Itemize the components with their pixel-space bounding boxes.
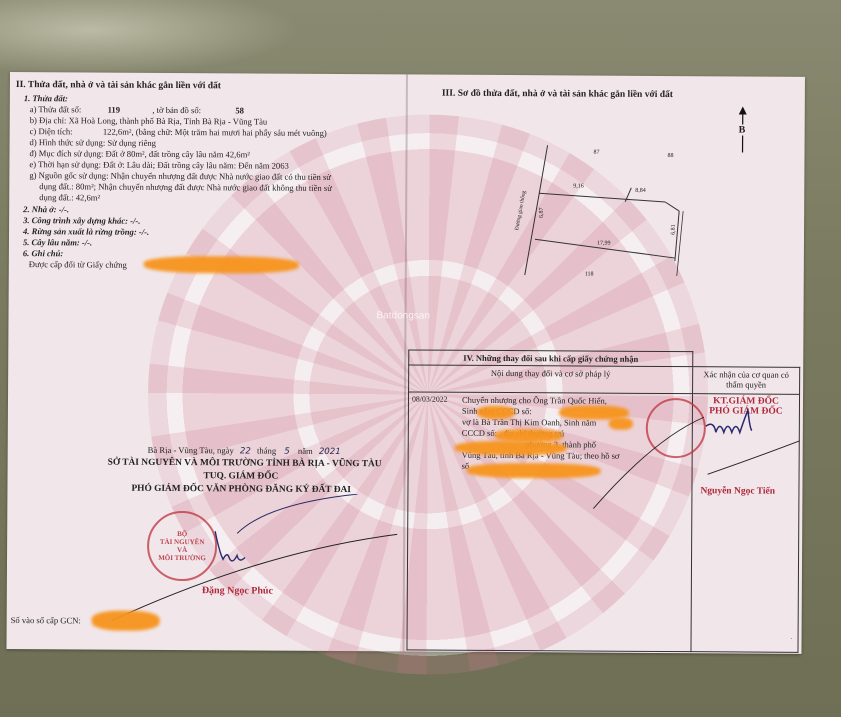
signature-right bbox=[585, 394, 806, 515]
edge-length-left: 6,87 bbox=[537, 207, 548, 218]
neighbor-parcel-88: 88 bbox=[667, 151, 673, 162]
corner-mark: . bbox=[791, 633, 793, 644]
redaction-mark bbox=[455, 441, 567, 456]
usage-term-label: e) Thời hạn sử dụng: bbox=[29, 159, 101, 169]
change-entry-date: 08/03/2022 bbox=[407, 392, 459, 650]
parcel-diagram bbox=[517, 135, 758, 276]
section-ii-title: II. Thửa đất, nhà ở và tài sản khác gắn … bbox=[16, 80, 221, 91]
issue-place: Bà Rịa - Vũng Tàu, ngày bbox=[148, 445, 234, 456]
issue-month-label: tháng bbox=[257, 446, 276, 456]
usage-purpose-value: Đất ở 80m², đất trồng cây lâu năm 42,6m² bbox=[106, 149, 250, 160]
edge-length-top-right: 8,84 bbox=[635, 186, 646, 197]
changes-col-content-header: Nội dung thay đổi và cơ sở pháp lý bbox=[409, 365, 693, 394]
usage-form-row: d) Hình thức sử dụng: Sử dụng riêng bbox=[30, 137, 157, 149]
note-text: Được cấp đổi từ Giấy chứng bbox=[29, 259, 127, 271]
map-sheet-label: , tờ bản đồ số: bbox=[152, 105, 201, 115]
issue-day: 22 bbox=[236, 446, 255, 456]
usage-purpose-label: đ) Mục đích sử dụng: bbox=[29, 148, 103, 158]
item-planted-forest: 4. Rừng sản xuất là rừng trồng: -/-. bbox=[23, 226, 149, 238]
edge-length-bottom: 17,99 bbox=[597, 239, 611, 250]
north-label: B bbox=[739, 124, 746, 135]
sub-title-parcel: 1. Thửa đất: bbox=[24, 93, 68, 104]
usage-term-value: Đất ở: Lâu dài; Đất trồng cây lâu năm: Đ… bbox=[103, 160, 289, 171]
usage-form-label: d) Hình thức sử dụng: bbox=[30, 137, 106, 147]
issue-year: 2021 bbox=[315, 447, 345, 457]
neighbor-parcel-87: 87 bbox=[593, 148, 599, 159]
issuer-department: SỞ TÀI NGUYÊN VÀ MÔI TRƯỜNG TỈNH BÀ RỊA … bbox=[108, 458, 382, 471]
usage-origin-value-3: dụng đất.: 42,6m² bbox=[39, 192, 100, 203]
usage-origin-label: g) Nguồn gốc sử dụng: bbox=[29, 170, 108, 180]
signature-left bbox=[107, 493, 408, 625]
map-sheet-value: 58 bbox=[235, 105, 244, 115]
watermark-text: Batdongsan bbox=[376, 310, 429, 321]
address-value: Xã Hoà Long, thành phố Bà Rịa, Tỉnh Bà R… bbox=[69, 115, 268, 126]
area-value: 122,6m², (bằng chữ: Một trăm hai mươi ha… bbox=[103, 127, 327, 138]
item-house: 2. Nhà ở: -/-. bbox=[23, 204, 69, 215]
section-iii-title: III. Sơ đồ thửa đất, nhà ở và tài sản kh… bbox=[442, 89, 673, 100]
background-glare bbox=[0, 0, 300, 75]
area-label: c) Diện tích: bbox=[30, 126, 73, 136]
redaction-mark bbox=[144, 256, 299, 274]
redaction-mark bbox=[92, 611, 160, 631]
item-notes-title: 6. Ghi chú: bbox=[23, 248, 63, 259]
certificate-sheet: II. Thửa đất, nhà ở và tài sản khác gắn … bbox=[6, 72, 805, 654]
edge-length-top-left: 9,16 bbox=[573, 181, 584, 192]
item-perennial-trees: 5. Cây lâu năm: -/-. bbox=[23, 237, 92, 248]
edge-length-right: 6,81 bbox=[669, 224, 680, 235]
issuer-authorization: TUQ. GIÁM ĐỐC bbox=[203, 471, 278, 482]
item-other-construction: 3. Công trình xây dựng khác: -/-. bbox=[23, 215, 140, 227]
left-signer-name: Đặng Ngọc Phúc bbox=[202, 585, 273, 596]
changes-col-authority-header: Xác nhận của cơ quan có thẩm quyền bbox=[693, 367, 800, 395]
neighbor-parcel-118: 118 bbox=[585, 270, 594, 281]
redaction-mark bbox=[477, 406, 515, 419]
changes-table-title: IV. Những thay đổi sau khi cấp giấy chứn… bbox=[409, 350, 693, 367]
parcel-number-label: a) Thửa đất số: bbox=[30, 104, 82, 114]
issue-year-label: năm bbox=[298, 446, 313, 456]
register-number-label: Số vào sổ cấp GCN: bbox=[11, 615, 81, 626]
redaction-mark bbox=[467, 463, 601, 479]
issue-month: 5 bbox=[278, 447, 296, 457]
right-page: III. Sơ đồ thửa đất, nhà ở và tài sản kh… bbox=[404, 74, 805, 653]
address-label: b) Địa chỉ: bbox=[30, 115, 67, 125]
usage-origin-value-1: Nhận chuyển nhượng đất được Nhà nước gia… bbox=[111, 171, 331, 182]
usage-form-value: Sử dụng riêng bbox=[107, 138, 156, 148]
issue-date-row: Bà Rịa - Vũng Tàu, ngày 22 tháng 5 năm 2… bbox=[148, 445, 345, 458]
left-page: II. Thửa đất, nhà ở và tài sản khác gắn … bbox=[6, 72, 406, 651]
parcel-number-value: 119 bbox=[108, 105, 120, 115]
